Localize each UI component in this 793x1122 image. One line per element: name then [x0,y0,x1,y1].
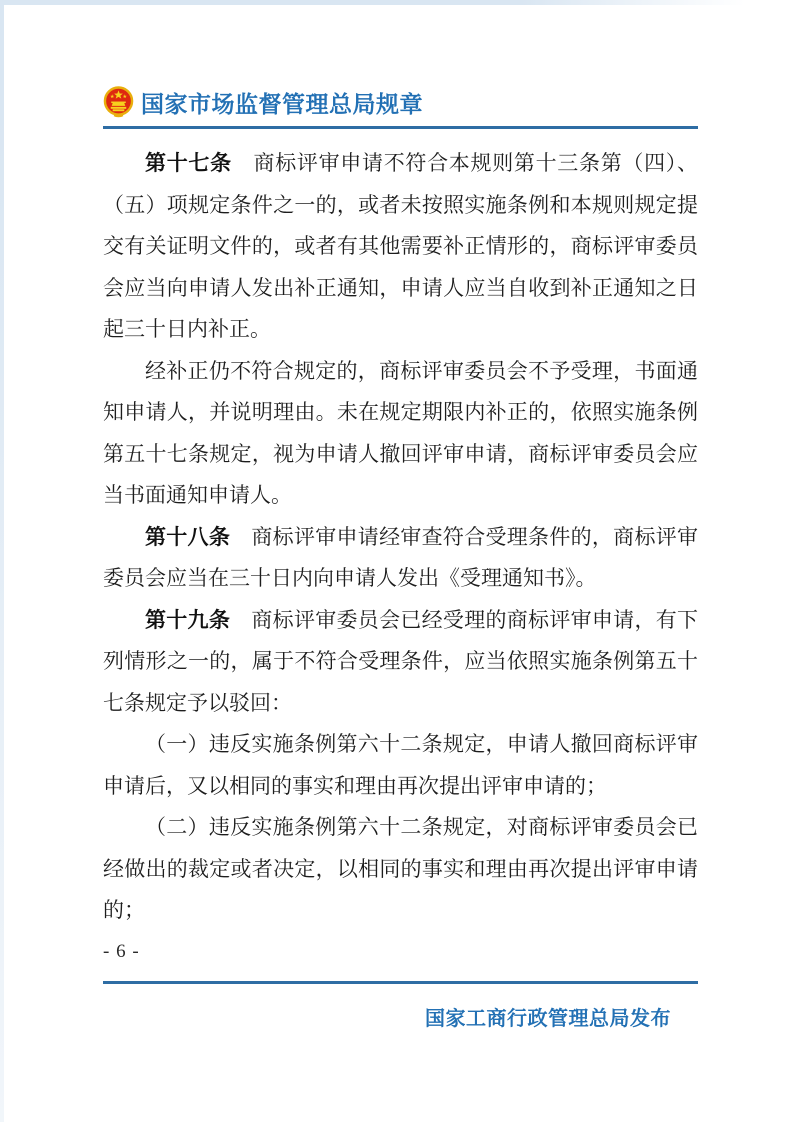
page-edge-left [0,0,4,1122]
paragraph-text: 经补正仍不符合规定的，商标评审委员会不予受理，书面通知申请人，并说明理由。未在规… [103,359,698,508]
paragraph-article-19: 第十九条 商标评审委员会已经受理的商标评审申请，有下列情形之一的，属于不符合受理… [103,600,698,725]
document-page: { "header": { "emblem_icon": "china-nati… [0,0,793,1122]
document-header: 国家市场监督管理总局规章 [103,84,698,120]
footer-divider [103,981,698,984]
article-18-number: 第十八条 [145,526,251,549]
page-edge-top [0,0,745,5]
item-2-text: （二）违反实施条例第六十二条规定，对商标评审委员会已经做出的裁定或者决定，以相同… [103,815,698,922]
paragraph-article-18: 第十八条 商标评审申请经审查符合受理条件的，商标评审委员会应当在三十日内向申请人… [103,517,698,600]
page-number: - 6 - [103,941,140,963]
article-19-number: 第十九条 [145,609,251,632]
paragraph-item-1: （一）违反实施条例第六十二条规定，申请人撤回商标评审申请后，又以相同的事实和理由… [103,724,698,807]
publisher-label: 国家工商行政管理总局发布 [103,1002,671,1031]
header-divider [103,126,698,129]
article-17-text: 商标评审申请不符合本规则第十三条第（四）、（五）项规定条件之一的，或者未按照实施… [103,151,698,341]
paragraph-article-17-cont: 经补正仍不符合规定的，商标评审委员会不予受理，书面通知申请人，并说明理由。未在规… [103,351,698,517]
page-title: 国家市场监督管理总局规章 [141,86,423,119]
document-body: 第十七条 商标评审申请不符合本规则第十三条第（四）、（五）项规定条件之一的，或者… [103,143,698,932]
article-17-number: 第十七条 [145,152,254,175]
china-national-emblem-icon [103,86,134,119]
item-1-text: （一）违反实施条例第六十二条规定，申请人撤回商标评审申请后，又以相同的事实和理由… [103,732,698,798]
paragraph-article-17: 第十七条 商标评审申请不符合本规则第十三条第（四）、（五）项规定条件之一的，或者… [103,143,698,351]
paragraph-item-2: （二）违反实施条例第六十二条规定，对商标评审委员会已经做出的裁定或者决定，以相同… [103,807,698,932]
